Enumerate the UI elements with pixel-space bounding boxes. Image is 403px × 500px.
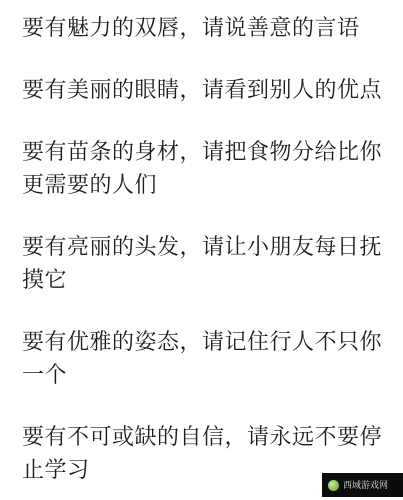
- quote-list: 要有魅力的双唇，请说善意的言语 要有美丽的眼睛，请看到别人的优点 要有苗条的身材…: [0, 0, 403, 486]
- quote-line: 要有美丽的眼睛，请看到别人的优点: [22, 73, 383, 106]
- green-circle-logo-icon: [328, 480, 339, 491]
- quote-line: 要有亮丽的头发，请让小朋友每日抚摸它: [22, 230, 383, 296]
- quote-line: 要有魅力的双唇，请说善意的言语: [22, 11, 383, 44]
- quote-line: 要有苗条的身材，请把食物分给比你更需要的人们: [22, 135, 383, 201]
- watermark-badge: 西域游戏网: [322, 473, 403, 497]
- watermark-site-name: 西域游戏网: [343, 480, 388, 490]
- quote-line: 要有优雅的姿态，请记住行人不只你一个: [22, 325, 383, 391]
